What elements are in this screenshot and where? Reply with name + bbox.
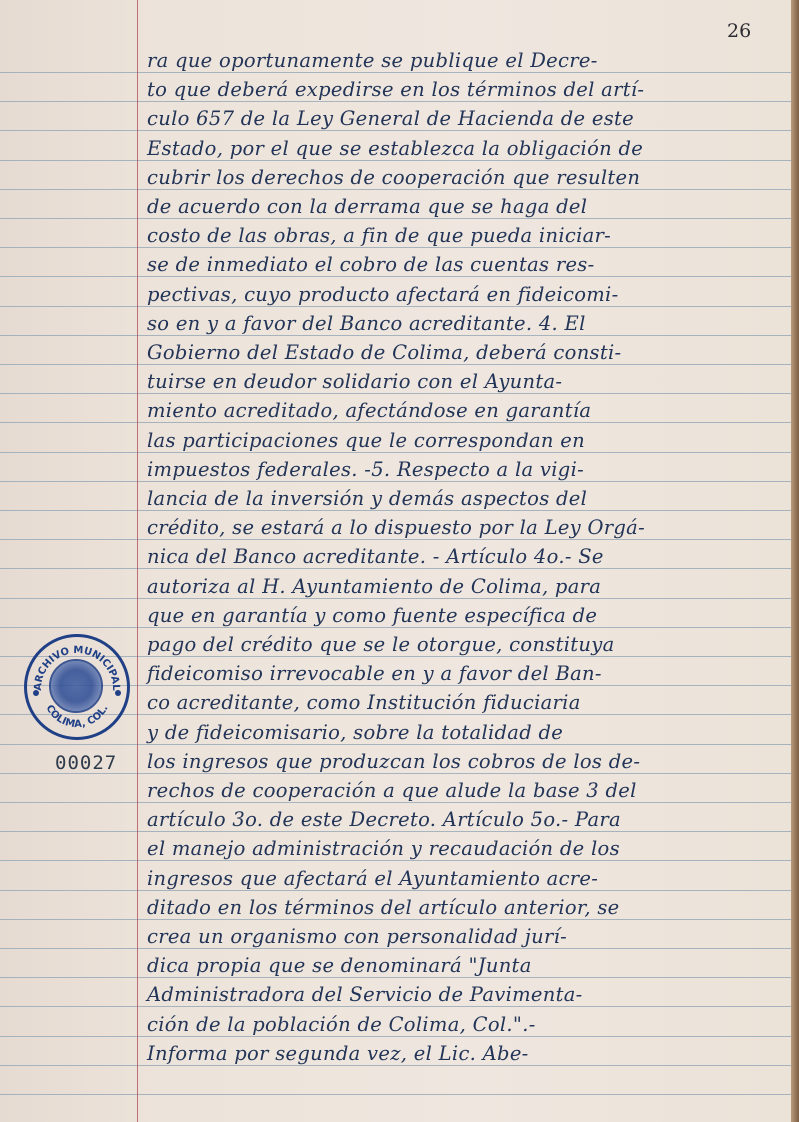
ruled-line [0,860,791,861]
text-line: artículo 3o. de este Decreto. Artículo 5… [147,809,787,831]
ruled-line [0,948,791,949]
text-line: que en garantía y como fuente específica… [147,605,787,627]
text-line: miento acreditado, afectándose en garant… [147,400,787,422]
ruled-line [0,189,791,190]
text-line: crédito, se estará a lo dispuesto por la… [147,517,787,539]
ruled-line [0,130,791,131]
margin-line [137,0,138,1122]
ruled-line [0,977,791,978]
text-line: Estado, por el que se establezca la obli… [147,138,787,160]
ledger-page: 26 ARCHIVO MUNICIPAL COLIMA, COL. 00027 … [0,0,791,1122]
ruled-line [0,1036,791,1037]
text-line: crea un organismo con personalidad jurí- [147,926,787,948]
text-line: costo de las obras, a fin de que pueda i… [147,225,787,247]
ruled-line [0,539,791,540]
text-line: ingresos que afectará el Ayuntamiento ac… [147,868,787,890]
text-line: ción de la población de Colima, Col.".- [147,1014,787,1036]
text-line: y de fideicomisario, sobre la totalidad … [147,722,787,744]
text-line: so en y a favor del Banco acreditante. 4… [147,313,787,335]
text-line: culo 657 de la Ley General de Hacienda d… [147,108,787,130]
text-line: pectivas, cuyo producto afectará en fide… [147,284,787,306]
text-line: pago del crédito que se le otorgue, cons… [147,634,787,656]
text-line: to que deberá expedirse en los términos … [147,79,787,101]
text-line: Administradora del Servicio de Pavimenta… [147,984,787,1006]
ruled-line [0,101,791,102]
ruled-line [0,247,791,248]
ruled-line [0,773,791,774]
ruled-line [0,568,791,569]
text-line: nica del Banco acreditante. - Artículo 4… [147,546,787,568]
ruled-line [0,510,791,511]
ruled-line [0,452,791,453]
text-line: fideicomiso irrevocable en y a favor del… [147,663,787,685]
text-line: ditado en los términos del artículo ante… [147,897,787,919]
ruled-line [0,160,791,161]
ruled-line [0,364,791,365]
ruled-line [0,1065,791,1066]
ruled-line [0,276,791,277]
ruled-line [0,306,791,307]
text-line: tuirse en deudor solidario con el Ayunta… [147,371,787,393]
text-line: el manejo administración y recaudación d… [147,838,787,860]
text-line: cubrir los derechos de cooperación que r… [147,167,787,189]
text-line: dica propia que se denominará "Junta [147,955,787,977]
ruled-line [0,481,791,482]
page-number: 26 [727,20,751,42]
text-line: Informa por segunda vez, el Lic. Abe- [147,1043,787,1065]
ruled-line [0,890,791,891]
ruled-line [0,627,791,628]
archive-number: 00027 [55,752,117,774]
text-line: rechos de cooperación a que alude la bas… [147,780,787,802]
ruled-line [0,831,791,832]
text-line: lancia de la inversión y demás aspectos … [147,488,787,510]
coat-of-arms-icon [49,659,103,713]
ruled-line [0,72,791,73]
ruled-line [0,598,791,599]
text-line: co acreditante, como Institución fiducia… [147,692,787,714]
ruled-line [0,1006,791,1007]
ruled-line [0,802,791,803]
page-edge [791,0,799,1122]
text-line: los ingresos que produzcan los cobros de… [147,751,787,773]
ruled-line [0,335,791,336]
ruled-line [0,422,791,423]
ruled-line [0,1094,791,1095]
text-line: autoriza al H. Ayuntamiento de Colima, p… [147,576,787,598]
text-line: de acuerdo con la derrama que se haga de… [147,196,787,218]
text-line: ra que oportunamente se publique el Decr… [147,50,787,72]
archivo-municipal-stamp: ARCHIVO MUNICIPAL COLIMA, COL. [24,634,130,740]
text-line: impuestos federales. -5. Respecto a la v… [147,459,787,481]
text-line: se de inmediato el cobro de las cuentas … [147,254,787,276]
ruled-line [0,919,791,920]
ruled-line [0,218,791,219]
text-line: las participaciones que le correspondan … [147,430,787,452]
ruled-line [0,744,791,745]
ruled-line [0,393,791,394]
text-line: Gobierno del Estado de Colima, deberá co… [147,342,787,364]
